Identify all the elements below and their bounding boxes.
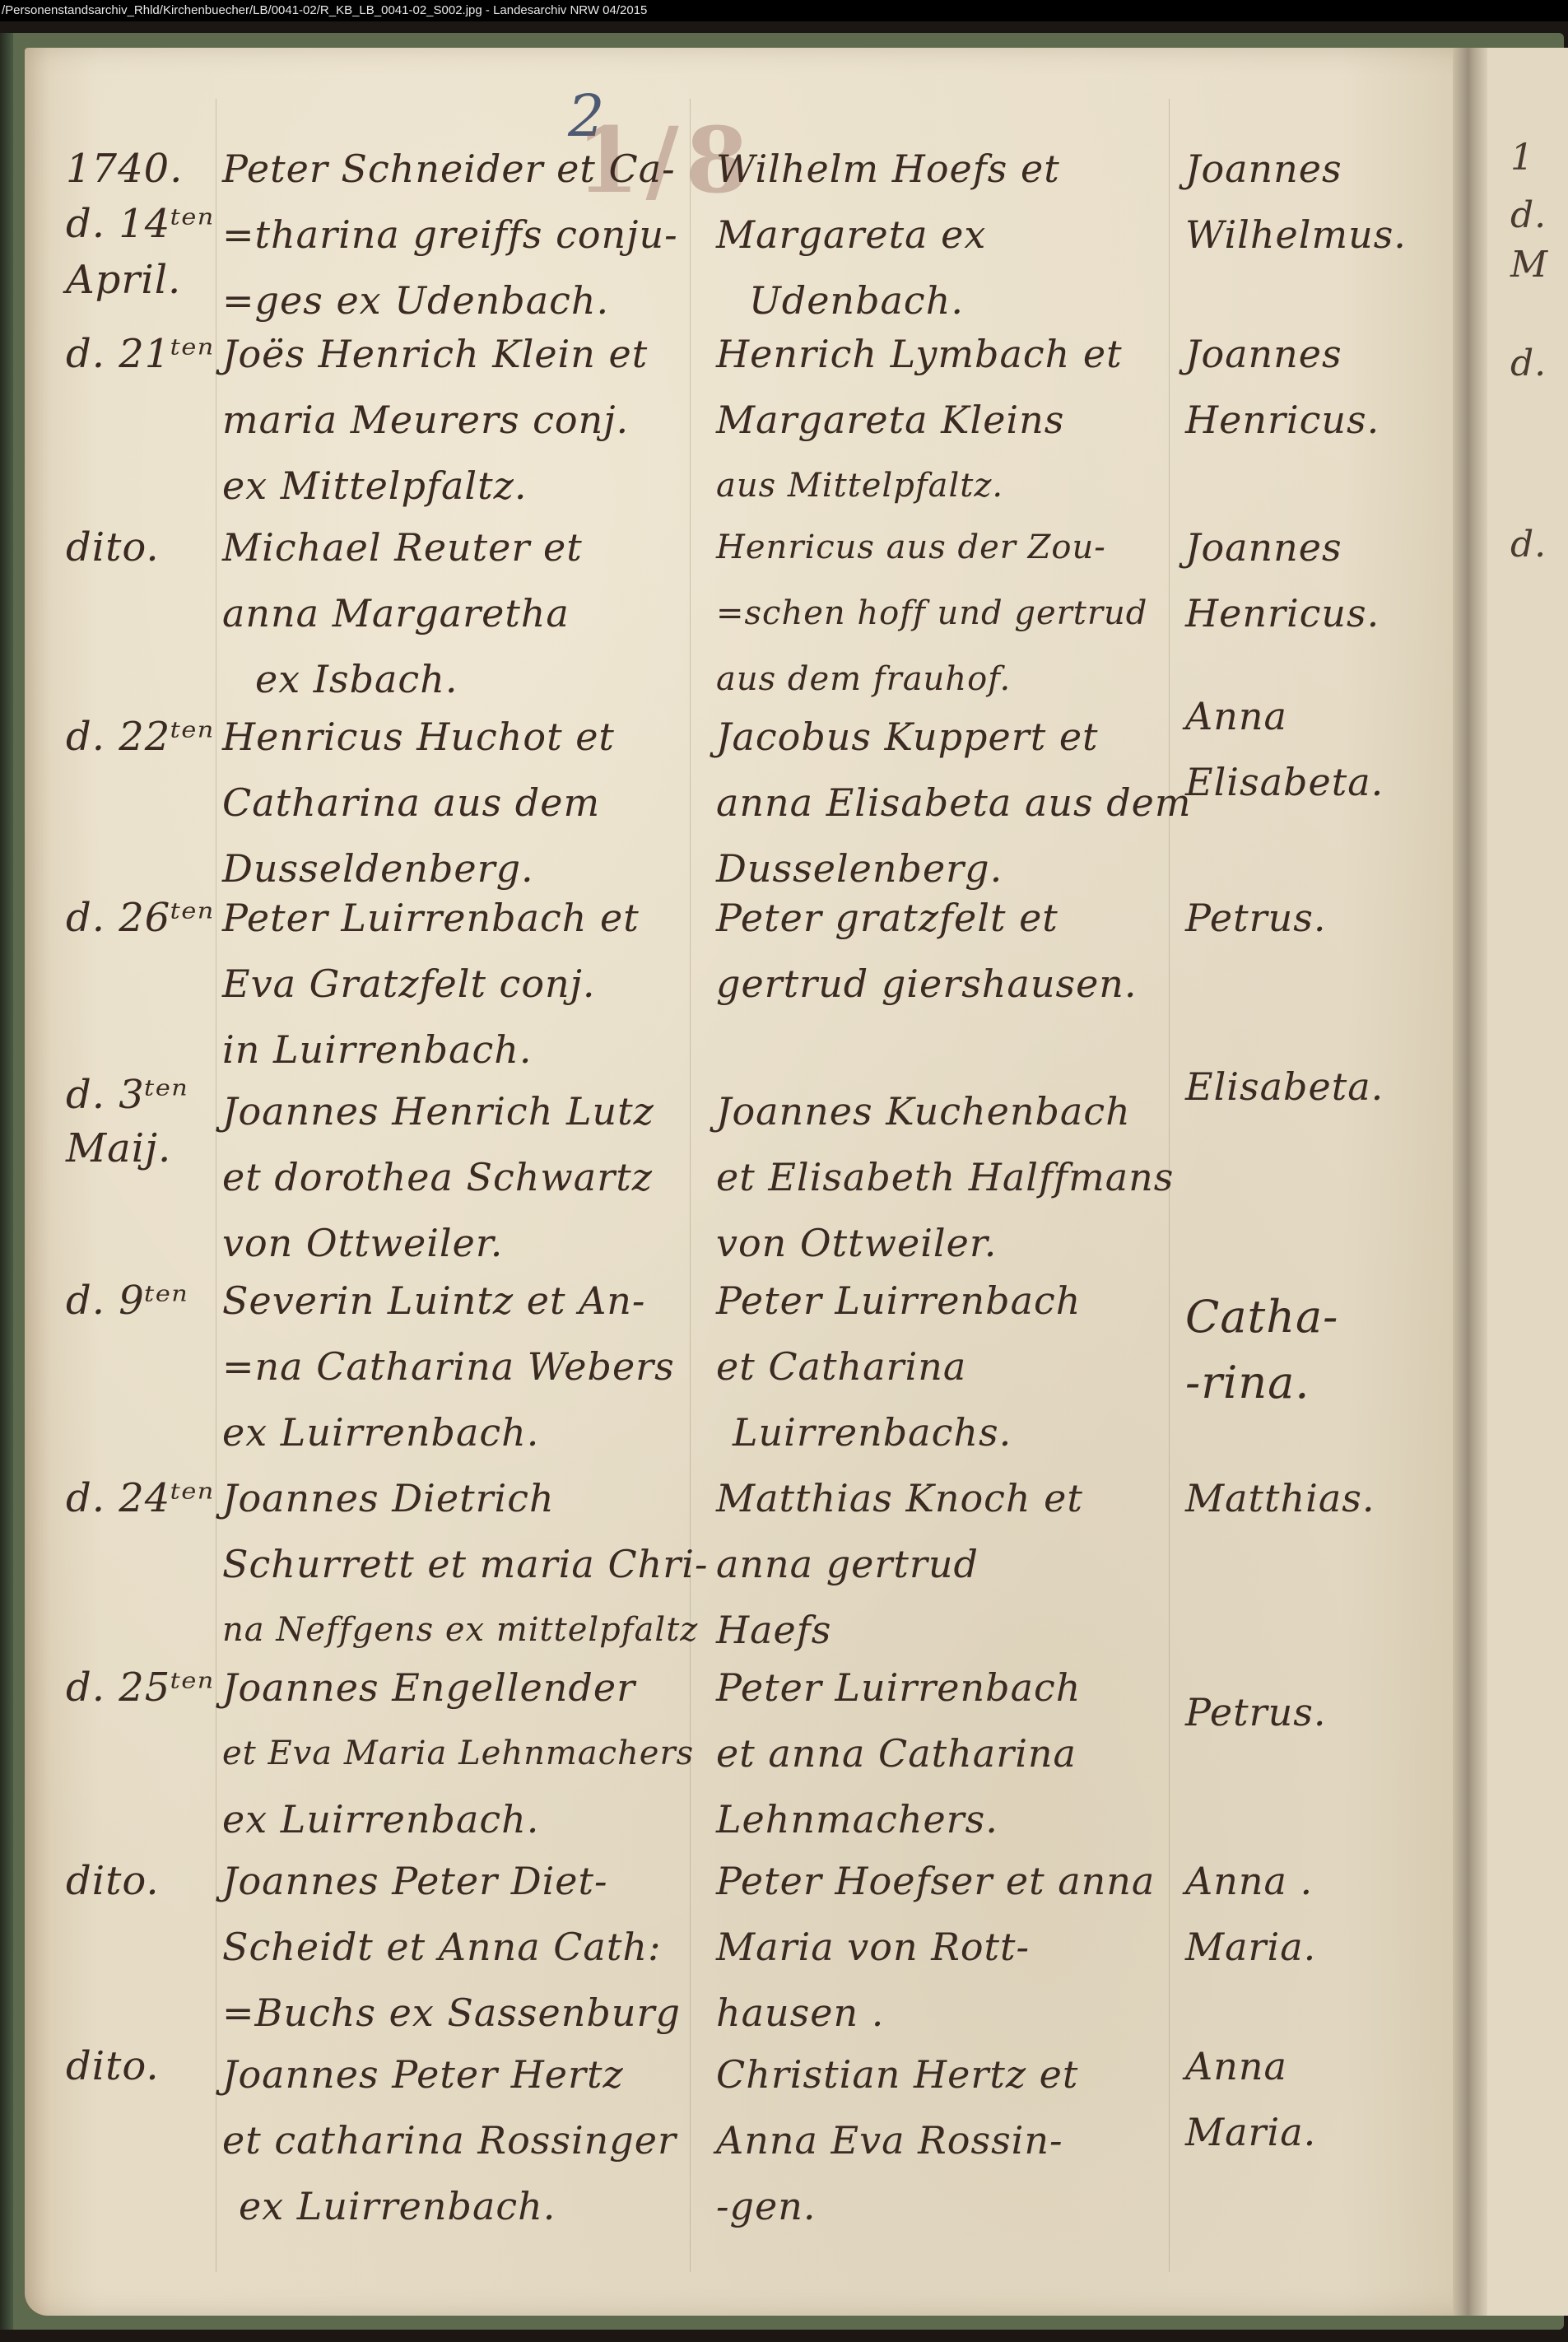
entry-child: Petrus. (1185, 885, 1326, 951)
entry-child: Anna Elisabeta. (1185, 683, 1384, 815)
column-divider (216, 99, 216, 2272)
entry-parents: Michael Reuter et anna Margaretha ex Isb… (222, 514, 583, 712)
entry-godparents: Jacobus Kuppert et anna Elisabeta aus de… (716, 704, 1192, 901)
entry-godparents: Wilhelm Hoefs et Margareta ex Udenbach. (716, 136, 1060, 333)
entry-parents: Joannes Henrich Lutz et dorothea Schwart… (222, 1078, 654, 1276)
entry-child: Joannes Wilhelmus. (1185, 136, 1407, 268)
entry-date: dito. (66, 1848, 160, 1914)
facing-page-edge (1487, 48, 1568, 2316)
entry-date: dito. (66, 2033, 160, 2099)
entry-date: d. 26ᵗᵉⁿ (66, 885, 214, 951)
entry-date: d. 21ᵗᵉⁿ (66, 321, 214, 387)
entry-parents: Henricus Huchot et Catharina aus dem Dus… (222, 704, 615, 901)
entry-child: Elisabeta. (1185, 1054, 1384, 1120)
entry-parents: Joannes Peter Hertz et catharina Rossing… (222, 2042, 677, 2239)
entry-parents: Peter Schneider et Ca- =tharina greiffs … (222, 136, 678, 333)
entry-godparents: Henricus aus der Zou- =schen hoff und ge… (716, 514, 1147, 712)
entry-godparents: Matthias Knoch et anna gertrud Haefs (716, 1465, 1083, 1663)
entry-godparents: Joannes Kuchenbach et Elisabeth Halffman… (716, 1078, 1174, 1276)
entry-date: d. 25ᵗᵉⁿ (66, 1655, 214, 1720)
entry-date: d. 3ᵗᵉⁿ Maij. (66, 1074, 188, 1181)
entry-parents: Joannes Engellender et Eva Maria Lehnmac… (222, 1655, 694, 1852)
margin-fragment: d. (1510, 527, 1547, 563)
column-divider (690, 99, 691, 2272)
entry-date: d. 9ᵗᵉⁿ (66, 1268, 188, 1334)
cover-edge (0, 33, 13, 2330)
entry-parents: Peter Luirrenbach et Eva Gratzfelt conj.… (222, 885, 640, 1083)
margin-fragment: d. (1510, 198, 1547, 234)
page-gutter (1453, 48, 1487, 2316)
entry-date: d. 22ᵗᵉⁿ (66, 704, 214, 770)
entry-godparents: Peter Luirrenbach et Catharina Luirrenba… (716, 1268, 1081, 1465)
entry-parents: Severin Luintz et An- =na Catharina Webe… (222, 1268, 675, 1465)
entry-child: Anna . Maria. (1185, 1848, 1316, 1980)
entry-child: Joannes Henricus. (1185, 321, 1380, 453)
entry-godparents: Henrich Lymbach et Margareta Kleins aus … (716, 321, 1123, 519)
entry-godparents: Christian Hertz et Anna Eva Rossin- -gen… (716, 2042, 1078, 2239)
archive-path-header: /Personenstandsarchiv_Rhld/Kirchenbueche… (0, 0, 1568, 21)
entry-date: dito. (66, 514, 160, 580)
margin-fragment: d. (1510, 346, 1547, 382)
entry-child: Anna Maria. (1185, 2033, 1316, 2165)
entry-date: 1740. d. 14ᵗᵉⁿ April. (66, 136, 214, 313)
entry-godparents: Peter Hoefser et anna Maria von Rott- ha… (716, 1848, 1155, 2046)
entry-child: Catha- -rina. (1185, 1284, 1338, 1416)
entry-child: Petrus. (1185, 1679, 1326, 1745)
margin-fragment: 1 (1510, 140, 1534, 176)
entry-parents: Joës Henrich Klein et maria Meurers conj… (222, 321, 648, 519)
entry-godparents: Peter Luirrenbach et anna Catharina Lehn… (716, 1655, 1081, 1852)
entry-child: Matthias. (1185, 1465, 1375, 1531)
entry-godparents: Peter gratzfelt et gertrud giershausen. (716, 885, 1138, 1017)
entry-parents: Joannes Peter Diet- Scheidt et Anna Cath… (222, 1848, 681, 2046)
entry-date: d. 24ᵗᵉⁿ (66, 1465, 214, 1531)
entry-parents: Joannes Dietrich Schurrett et maria Chri… (222, 1465, 709, 1663)
margin-fragment: M (1510, 247, 1548, 283)
entry-child: Joannes Henricus. (1185, 514, 1380, 646)
